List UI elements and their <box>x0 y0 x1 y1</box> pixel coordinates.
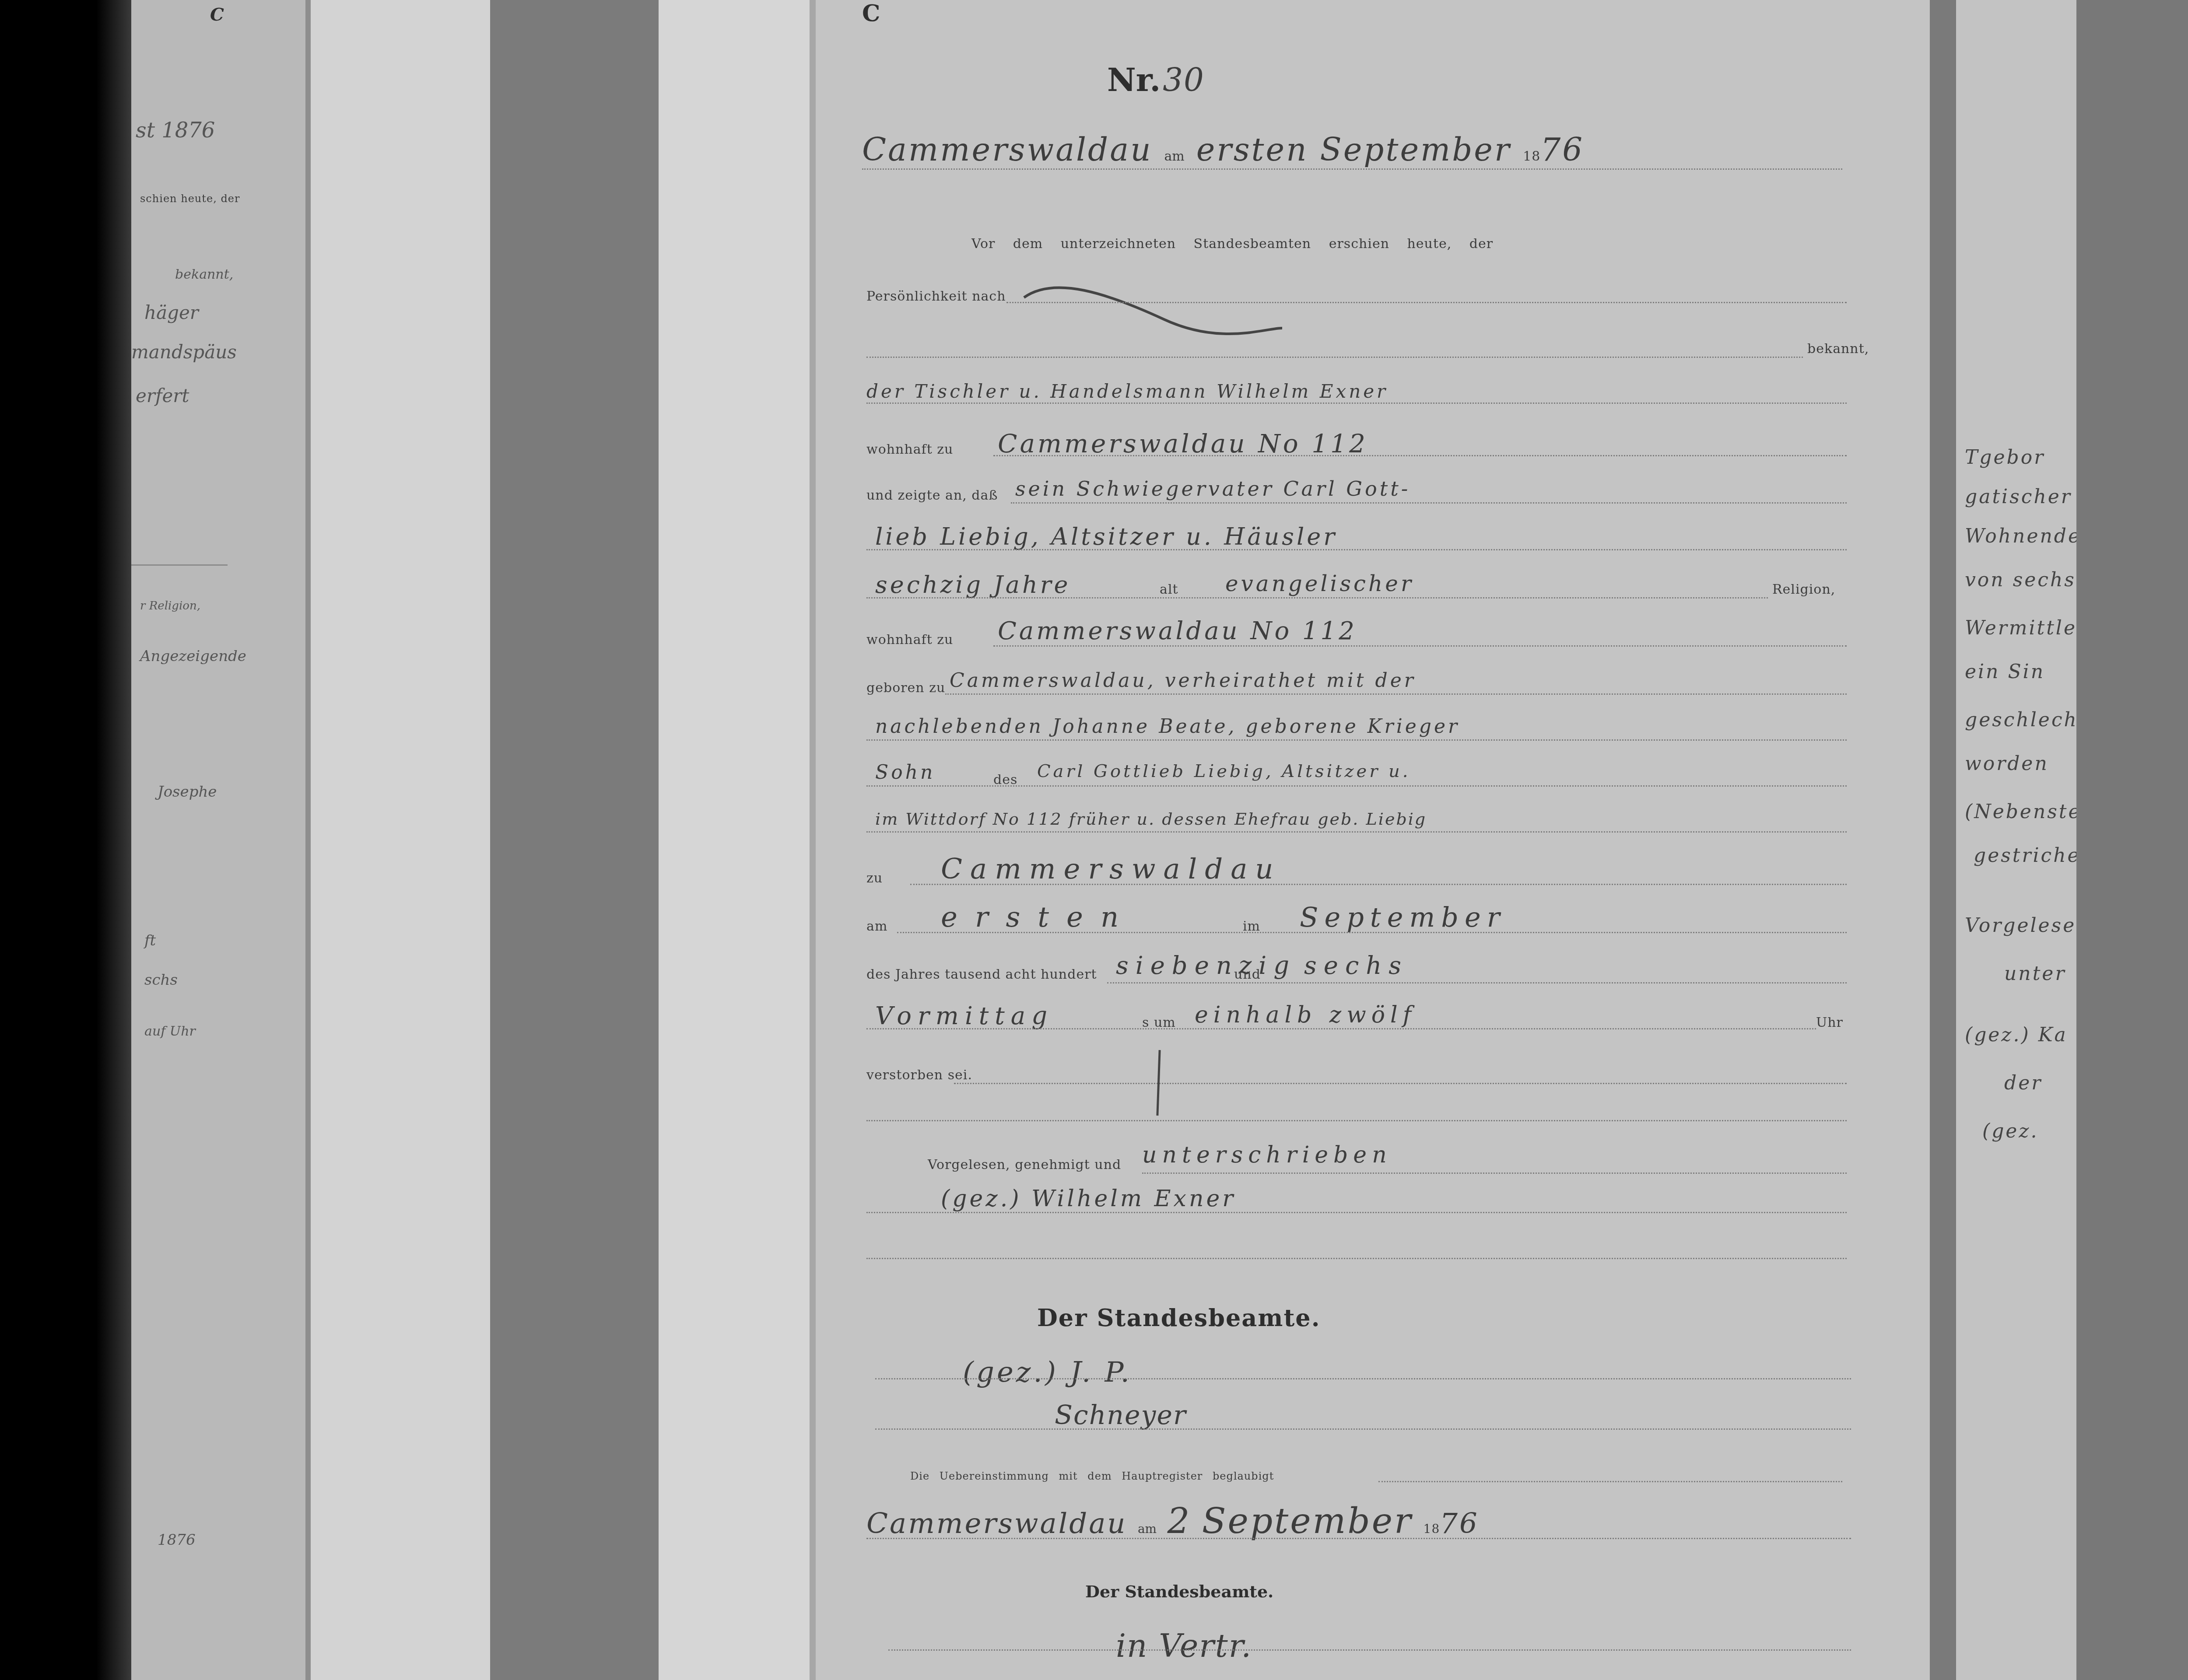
divider <box>131 564 228 566</box>
rule <box>866 597 1768 598</box>
place: Cammerswaldau <box>866 1508 1127 1540</box>
rule <box>897 932 1847 933</box>
print-fragment: schien heute, der <box>140 192 240 205</box>
rule <box>1378 1481 1842 1482</box>
hand-line: mandspäus <box>131 341 237 363</box>
corner-mark: C <box>210 4 224 25</box>
death-place-value: Cammerswaldau <box>941 853 1281 885</box>
hand-line: der <box>2004 1072 2042 1094</box>
known-fragment: bekannt, <box>175 267 233 282</box>
strike-flourish <box>1020 276 1291 341</box>
death-month-value: September <box>1300 901 1506 933</box>
rule <box>945 693 1847 695</box>
residence-label: wohnhaft zu <box>866 442 953 457</box>
dark-separator-strip <box>490 0 659 1680</box>
announces-label: und zeigte an, daß <box>866 488 998 503</box>
residence-value: Cammerswaldau No 112 <box>998 429 1368 458</box>
deceased-line-2: lieb Liebig, Altsitzer u. Häusler <box>875 523 1337 550</box>
time-hour-value: einhalb zwölf <box>1195 1002 1417 1028</box>
rule <box>862 168 1842 170</box>
deceased-residence-label: wohnhaft zu <box>866 632 953 647</box>
film-border-left <box>0 0 131 1680</box>
registrar-signature-1: (gez.) J. P. <box>963 1356 1132 1389</box>
rule <box>888 1649 1851 1651</box>
informant-signature: (gez.) Wilhelm Exner <box>941 1186 1236 1212</box>
rule <box>866 1258 1847 1259</box>
blank-leaf-strip <box>311 0 490 1680</box>
hand-line: von sechs <box>1965 569 2076 591</box>
rule <box>866 1538 1851 1539</box>
left-page-fragments: C st 1876 schien heute, der bekannt, häg… <box>131 0 306 1680</box>
hand-line: (gez. <box>1982 1120 2039 1142</box>
death-place-label: zu <box>866 871 883 886</box>
parents-line-2: im Wittdorf No 112 früher u. dessen Ehef… <box>875 809 1427 829</box>
hand-line: ft <box>144 932 156 949</box>
hand-line: Angezeigende <box>140 647 246 665</box>
rule <box>1006 302 1847 303</box>
deceased-residence-value: Cammerswaldau No 112 <box>998 617 1357 645</box>
hand-line: (gez.) Ka <box>1965 1024 2068 1046</box>
rule <box>866 1212 1847 1213</box>
am-label: am <box>1138 1522 1157 1536</box>
rule <box>1142 1172 1847 1174</box>
dark-separator-line <box>1930 0 1956 1680</box>
year-und-label: und <box>1234 967 1261 982</box>
rule <box>910 884 1847 885</box>
year-prefix: 18 <box>1424 1522 1440 1536</box>
rule <box>993 455 1847 456</box>
death-day-label: am <box>866 919 887 934</box>
hand-line: Vorgelesen <box>1965 914 2076 937</box>
rule <box>1011 502 1847 504</box>
religion-label: Religion, <box>1772 582 1835 597</box>
read-label: Vorgelesen, genehmigt und <box>928 1157 1121 1172</box>
entry-number: Nr. 30 <box>1107 61 1205 98</box>
rule <box>866 831 1847 833</box>
place-date-line: Cammerswaldau am ersten September 1876 <box>862 131 1584 168</box>
hand-line: Josephe <box>158 783 217 801</box>
rule <box>866 402 1847 404</box>
hand-line: Tgebor <box>1965 446 2045 469</box>
place: Cammerswaldau <box>862 131 1153 168</box>
rule <box>875 1378 1851 1379</box>
religion-value: evangelischer <box>1225 571 1414 596</box>
rule <box>954 1083 1847 1084</box>
rule <box>866 785 1847 787</box>
known-label: bekannt, <box>1807 341 1869 357</box>
month: September <box>1320 131 1511 168</box>
year-print: des Jahres tausend acht hundert <box>866 967 1097 982</box>
certification-place-date: Cammerswaldau am 2 September 1876 <box>866 1501 1479 1541</box>
age-value: sechzig Jahre <box>875 571 1071 598</box>
rule <box>866 357 1803 358</box>
registrar-heading: Der Standesbeamte. <box>1037 1304 1320 1332</box>
hand-line: (Nebenstehe <box>1965 801 2076 823</box>
dark-separator-strip <box>2076 0 2188 1680</box>
year-suffix: 76 <box>1440 1508 1479 1540</box>
hand-line: geschlechte <box>1965 709 2076 731</box>
hand-line: r Religion, <box>140 599 200 612</box>
day: 2 <box>1168 1501 1192 1541</box>
hand-line: Wermittle <box>1965 617 2076 639</box>
time-uhr-label: Uhr <box>1816 1015 1843 1030</box>
certification-heading: Der Standesbeamte. <box>1085 1582 1273 1601</box>
day: ersten <box>1196 131 1308 168</box>
hand-line: Wohnender <box>1965 525 2076 547</box>
age-label: alt <box>1160 582 1178 597</box>
hand-line: 1876 <box>158 1531 196 1549</box>
intro-text: Vor dem unterzeichneten Standesbeamten e… <box>971 236 1493 252</box>
born-value: Cammerswaldau, verheirathet mit der <box>950 669 1416 692</box>
rule <box>993 645 1847 647</box>
parents-prefix: Sohn <box>875 761 935 784</box>
entry-number-value: 30 <box>1163 62 1205 98</box>
read-value: unterschrieben <box>1142 1142 1392 1168</box>
rule <box>866 1028 1816 1029</box>
right-page-fragments: Tgebor gatischer Wohnender von sechs Wer… <box>1956 0 2076 1680</box>
register-entry: C Nr. 30 Cammerswaldau am ersten Septemb… <box>810 0 1930 1680</box>
entry-number-label: Nr. <box>1107 61 1161 98</box>
hand-line: worden <box>1965 752 2049 775</box>
corner-mark: C <box>862 0 880 27</box>
died-label: verstorben sei. <box>866 1067 972 1083</box>
hand-line: erfert <box>136 385 189 406</box>
date-fragment: st 1876 <box>136 118 215 143</box>
rule <box>866 549 1847 550</box>
registrar-signature-2: Schneyer <box>1055 1400 1187 1431</box>
rule <box>875 1428 1851 1430</box>
hand-line: schs <box>144 971 178 989</box>
month: September <box>1202 1501 1413 1541</box>
blank-leaf-strip <box>659 0 810 1680</box>
hand-line: auf Uhr <box>144 1024 196 1039</box>
identity-label: Persönlichkeit nach <box>866 289 1006 304</box>
death-day-value: ersten <box>941 901 1136 934</box>
born-label: geboren zu <box>866 680 945 696</box>
rule <box>866 739 1847 741</box>
rule <box>866 1120 1847 1121</box>
hand-line: gestrichen <box>1974 844 2076 867</box>
time-value: Vormittag <box>875 1002 1053 1030</box>
certification-text: Die Uebereinstimmung mit dem Hauptregist… <box>910 1470 1274 1482</box>
year-tens-value: siebenzig <box>1116 952 1296 980</box>
hand-line: gatischer <box>1965 486 2072 508</box>
year-suffix: 76 <box>1540 131 1584 168</box>
hand-line: unter <box>2004 962 2066 985</box>
rule <box>1107 982 1847 983</box>
hand-line: ein Sin <box>1965 661 2045 683</box>
spouse-line: nachlebenden Johanne Beate, geborene Kri… <box>875 715 1460 738</box>
certification-signature: in Vertr. <box>1116 1627 1252 1664</box>
parents-line-1: Carl Gottlieb Liebig, Altsitzer u. <box>1037 761 1411 781</box>
year-units-value: sechs <box>1304 952 1408 980</box>
deceased-line-1: sein Schwiegervater Carl Gott- <box>1015 477 1410 500</box>
informant-line: der Tischler u. Handelsmann Wilhelm Exne… <box>866 381 1388 402</box>
year-prefix: 18 <box>1523 149 1540 164</box>
am-label: am <box>1164 149 1184 164</box>
hand-line: häger <box>144 302 199 323</box>
